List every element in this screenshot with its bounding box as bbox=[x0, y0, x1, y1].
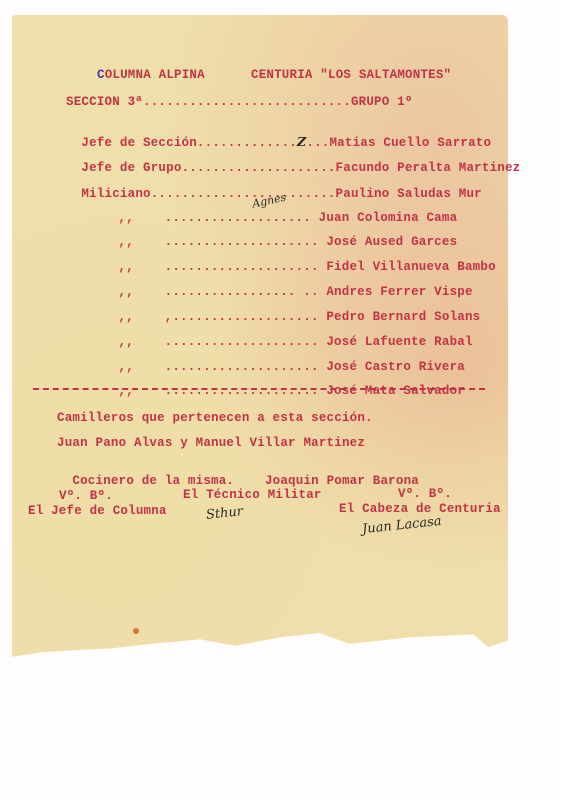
member-name: José Lafuente Rabal bbox=[326, 335, 472, 349]
member-dots: ................. .. bbox=[165, 285, 319, 299]
stretcher-heading: Camilleros que pertenecen a esta sección… bbox=[57, 412, 373, 425]
member-dots: .................... bbox=[165, 384, 319, 398]
leader-row: Jefe de Grupo....................Facundo… bbox=[66, 149, 520, 174]
member-name: José Aused Garces bbox=[326, 235, 457, 249]
leader-name: Facundo Peralta Martinez bbox=[336, 161, 521, 175]
member-dots: .................... bbox=[165, 235, 319, 249]
cook-label: Cocinero de la misma. bbox=[72, 474, 234, 488]
member-dots: ,................... bbox=[165, 310, 319, 324]
handwritten-mark: Z bbox=[297, 134, 306, 149]
role-label: Jefe de Sección............. bbox=[81, 136, 297, 150]
cook-row: Cocinero de la misma. Joaquin Pomar Baro… bbox=[57, 462, 419, 487]
ditto-mark: ,, bbox=[118, 310, 133, 324]
member-dots: .................... bbox=[165, 260, 319, 274]
column-title: COLUMNA ALPINA bbox=[97, 69, 205, 82]
middle-title: El Técnico Militar bbox=[183, 489, 322, 502]
member-name: José Mata Salvador bbox=[326, 384, 465, 398]
cook-name: Joaquin Pomar Barona bbox=[265, 474, 419, 488]
left-approval: Vº. Bº. bbox=[59, 490, 113, 503]
ditto-mark: ,, bbox=[118, 260, 133, 274]
ditto-mark: ,, bbox=[118, 384, 133, 398]
right-title: El Cabeza de Centuria bbox=[339, 503, 501, 516]
leader-dots: ... bbox=[306, 136, 329, 150]
stain-spot bbox=[133, 628, 139, 634]
member-row: ,, .................... Fidel Villanueva… bbox=[103, 248, 496, 273]
ditto-mark: ,, bbox=[118, 285, 133, 299]
leader-row: Jefe de Sección.............Z...Matias C… bbox=[66, 123, 491, 149]
member-row: ,, .................... José Castro Rive… bbox=[103, 348, 465, 373]
ditto-mark: ,, bbox=[118, 235, 133, 249]
member-dots: .................... bbox=[165, 335, 319, 349]
member-row: ,, ,................... Pedro Bernard So… bbox=[103, 298, 480, 323]
right-approval: Vº. Bº. bbox=[398, 488, 452, 501]
dashed-divider bbox=[33, 388, 485, 390]
member-name: Andres Ferrer Vispe bbox=[326, 285, 472, 299]
column-title-rest: OLUMNA ALPINA bbox=[105, 68, 205, 82]
leader-name: Matias Cuello Sarrato bbox=[329, 136, 491, 150]
member-row: ,, ................. .. Andres Ferrer Vi… bbox=[103, 273, 473, 298]
stretcher-names: Juan Pano Alvas y Manuel Villar Martinez bbox=[57, 437, 365, 450]
member-row: ,, .................... José Lafuente Ra… bbox=[103, 323, 473, 348]
member-row: ,, .................... José Aused Garce… bbox=[103, 223, 457, 248]
role-label: Jefe de Grupo.................... bbox=[81, 161, 335, 175]
left-title: El Jefe de Columna bbox=[28, 505, 167, 518]
member-name: Pedro Bernard Solans bbox=[326, 310, 480, 324]
member-row: ,, .................... José Mata Salvad… bbox=[103, 372, 465, 397]
ditto-mark: ,, bbox=[118, 335, 133, 349]
member-name: Fidel Villanueva Bambo bbox=[326, 260, 495, 274]
section-line: SECCION 3ª...........................GRU… bbox=[66, 96, 413, 109]
centuria-title: CENTURIA "LOS SALTAMONTES" bbox=[251, 69, 451, 82]
